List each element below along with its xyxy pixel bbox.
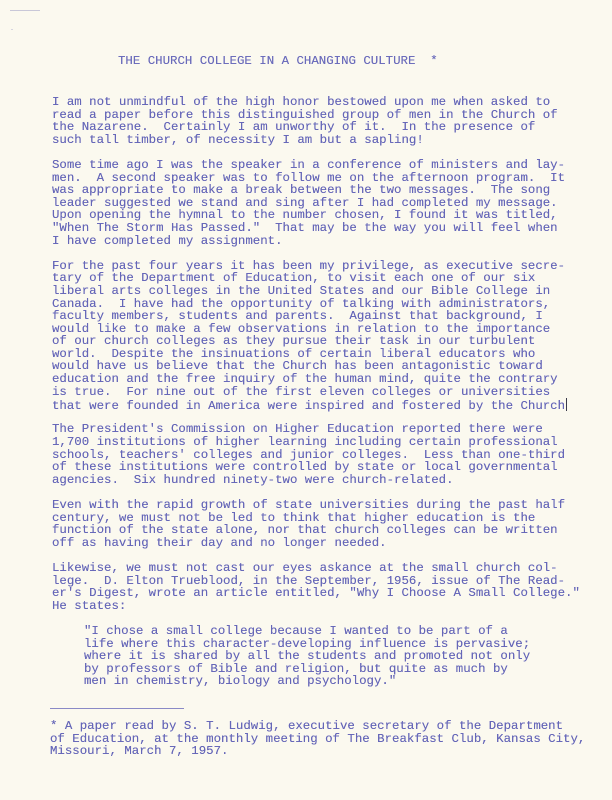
text-line: Likewise, we must not cast our eyes aska… <box>52 562 592 575</box>
paragraph-state-universities: Even with the rapid growth of state univ… <box>52 499 592 549</box>
paragraph-small-college: Likewise, we must not cast our eyes aska… <box>52 562 592 612</box>
document-body: I am not unmindful of the high honor bes… <box>52 96 592 701</box>
scan-artifact <box>10 10 50 30</box>
text-line: is true. For nine out of the first eleve… <box>52 386 592 399</box>
document-title: THE CHURCH COLLEGE IN A CHANGING CULTURE… <box>118 54 438 68</box>
text-line: function of the state alone, nor that ch… <box>52 524 592 537</box>
quote-line: men in chemistry, biology and psychology… <box>84 675 592 688</box>
text-line: was appropriate to make a break between … <box>52 184 592 197</box>
text-line: of our church colleges as they pursue th… <box>52 335 592 348</box>
footnote: * A paper read by S. T. Ludwig, executiv… <box>50 720 585 758</box>
text-line: the Nazarene. Certainly I am unworthy of… <box>52 121 592 134</box>
text-line: Even with the rapid growth of state univ… <box>52 499 592 512</box>
text-line: faculty members, students and parents. A… <box>52 310 592 323</box>
quote-line: where it is shared by all the students a… <box>84 650 592 663</box>
text-cursor <box>566 398 567 411</box>
footnote-divider <box>50 708 184 709</box>
text-line: er's Digest, wrote an article entitled, … <box>52 587 592 600</box>
text-line: 1,700 institutions of higher learning in… <box>52 436 592 449</box>
text-line: Some time ago I was the speaker in a con… <box>52 159 592 172</box>
text-line: agencies. Six hundred ninety-two were ch… <box>52 474 592 487</box>
scan-speck <box>11 29 13 30</box>
text-line: off as having their day and no longer ne… <box>52 537 592 550</box>
scan-speck <box>10 10 40 11</box>
document-page: THE CHURCH COLLEGE IN A CHANGING CULTURE… <box>0 0 612 800</box>
block-quote: "I chose a small college because I wante… <box>84 625 592 688</box>
footnote-line: Missouri, March 7, 1957. <box>50 745 585 758</box>
text-line: education and the free inquiry of the hu… <box>52 373 592 386</box>
paragraph-commission: The President's Commission on Higher Edu… <box>52 423 592 486</box>
text-line: I am not unmindful of the high honor bes… <box>52 96 592 109</box>
text-line: that were founded in America were inspir… <box>52 399 565 413</box>
paragraph-anecdote: Some time ago I was the speaker in a con… <box>52 159 592 247</box>
text-line: such tall timber, of necessity I am but … <box>52 134 592 147</box>
quote-line: "I chose a small college because I wante… <box>84 625 592 638</box>
paragraph-intro: I am not unmindful of the high honor bes… <box>52 96 592 146</box>
paragraph-observations: For the past four years it has been my p… <box>52 260 592 411</box>
text-line: of these institutions were controlled by… <box>52 461 592 474</box>
text-line: "When The Storm Has Passed." That may be… <box>52 222 592 235</box>
text-line-with-cursor: that were founded in America were inspir… <box>52 398 592 411</box>
text-line: I have completed my assignment. <box>52 235 592 248</box>
text-line: liberal arts colleges in the United Stat… <box>52 285 592 298</box>
text-line: He states: <box>52 600 592 613</box>
footnote-line: * A paper read by S. T. Ludwig, executiv… <box>50 720 585 733</box>
